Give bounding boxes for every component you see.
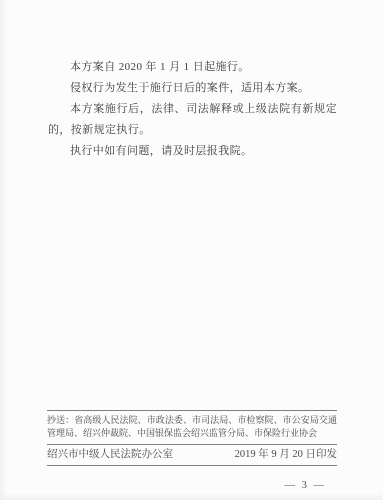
- paragraph-report-issues: 执行中如有问题，请及时层报我院。: [48, 141, 337, 162]
- print-date: 2019 年 9 月 20 日印发: [235, 449, 337, 461]
- issuer-section: 绍兴市中级人民法院办公室 2019 年 9 月 20 日印发: [47, 445, 337, 466]
- cc-label: 抄送：: [47, 415, 74, 425]
- paragraph-applicability: 侵权行为发生于施行日后的案件，适用本方案。: [48, 78, 337, 99]
- cc-recipients: 省高级人民法院、市政法委、市司法局、市检察院、市公安局交通管理局、绍兴仲裁院、中…: [47, 415, 337, 438]
- cc-section: 抄送：省高级人民法院、市政法委、市司法局、市检察院、市公安局交通管理局、绍兴仲裁…: [47, 410, 337, 445]
- paragraph-effective-date: 本方案自 2020 年 1 月 1 日起施行。: [48, 57, 337, 78]
- document-body: 本方案自 2020 年 1 月 1 日起施行。 侵权行为发生于施行日后的案件，适…: [48, 57, 337, 162]
- document-footer: 抄送：省高级人民法院、市政法委、市司法局、市检察院、市公安局交通管理局、绍兴仲裁…: [47, 410, 337, 466]
- page-number: — 3 —: [285, 480, 327, 491]
- issuer-office: 绍兴市中级人民法院办公室: [47, 449, 173, 461]
- document-page: 本方案自 2020 年 1 月 1 日起施行。 侵权行为发生于施行日后的案件，适…: [0, 0, 383, 500]
- paragraph-new-regulations: 本方案施行后，法律、司法解释或上级法院有新规定的，按新规定执行。: [48, 99, 337, 141]
